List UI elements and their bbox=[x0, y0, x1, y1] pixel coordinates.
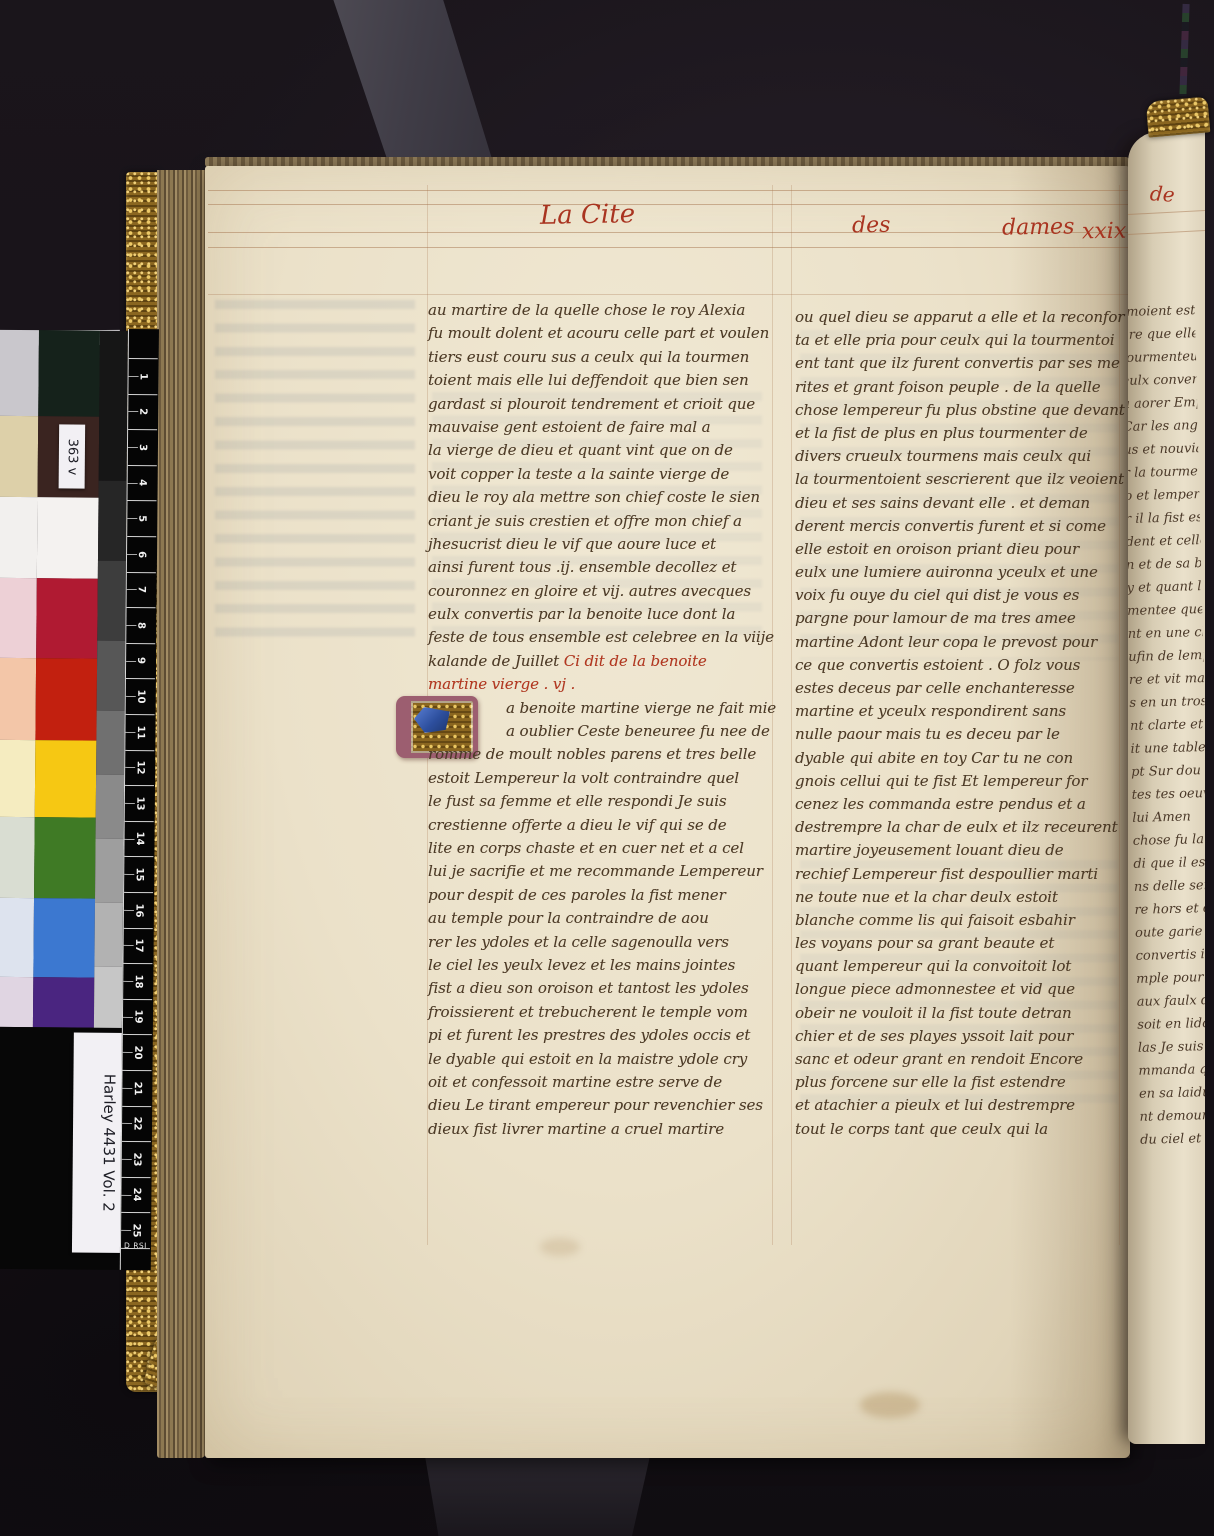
text-line: oute garie est bbox=[1133, 920, 1205, 945]
text-line: obeir ne vouloit il la fist toute detran bbox=[795, 1002, 1128, 1025]
text-run: pargne pour lamour de ma tres amee bbox=[795, 609, 1076, 627]
ruler-number-text: 7 bbox=[136, 586, 147, 593]
text-line: cenez les commanda estre pendus et a bbox=[795, 793, 1128, 816]
swatch-row bbox=[0, 817, 96, 899]
ruler-tick bbox=[122, 1106, 151, 1107]
ruler-number: 10 bbox=[126, 687, 155, 705]
text-run: dre que elle fu bbox=[1128, 326, 1196, 343]
facing-running-title-fragment: de bbox=[1149, 181, 1175, 207]
text-run: le fust sa femme et elle respondi Je sui… bbox=[428, 792, 727, 810]
text-run: eulx convertir bbox=[1128, 372, 1197, 389]
text-line: la tourmentoient sescrierent que ilz veo… bbox=[795, 468, 1128, 491]
ruler-number-text: 12 bbox=[134, 761, 145, 775]
facing-page-edge: de rmoient estoidre que elle futourmente… bbox=[1128, 132, 1205, 1444]
text-line: dieu et ses sains devant elle . et deman bbox=[795, 492, 1128, 515]
text-line: romme de moult nobles parens et tres bel… bbox=[428, 743, 780, 766]
text-line: le fust sa femme et elle respondi Je sui… bbox=[428, 790, 780, 813]
ruler-tick bbox=[124, 928, 153, 929]
ruler-number: 21 bbox=[122, 1079, 151, 1097]
text-run: chose lempereur fu plus obstine que deva… bbox=[795, 401, 1125, 419]
ruler-number: 5 bbox=[127, 509, 156, 527]
text-line: gnois cellui qui te fist Et lempereur fo… bbox=[795, 770, 1128, 793]
text-line: chose lempereur fu plus obstine que deva… bbox=[795, 399, 1128, 422]
calibration-target: 363 v Harley 4431 Vol. 2 D RSI 123456789… bbox=[0, 328, 158, 1270]
ruler-number: 14 bbox=[124, 830, 153, 848]
ruler-number-text: 22 bbox=[131, 1117, 142, 1131]
text-run: martire joyeusement louant dieu de bbox=[795, 841, 1063, 859]
text-line: mentee que v bbox=[1128, 598, 1202, 623]
text-line: nt demoure a bbox=[1137, 1104, 1205, 1129]
text-line: tes tes oeuvres bbox=[1129, 782, 1205, 807]
color-swatch bbox=[35, 658, 97, 741]
text-line: les voyans pour sa grant beaute et bbox=[795, 932, 1128, 955]
ruler-number-text: 11 bbox=[134, 725, 145, 739]
ruler-tick bbox=[122, 1141, 151, 1142]
text-line: le ciel les yeulx levez et les mains joi… bbox=[428, 954, 780, 977]
text-run: kalande de Juillet bbox=[428, 652, 564, 670]
text-line: ou quel dieu se apparut a elle et la rec… bbox=[795, 306, 1128, 329]
gray-step bbox=[96, 711, 125, 775]
text-line: mauvaise gent estoient de faire mal a bbox=[428, 416, 780, 439]
ruler-number: 18 bbox=[123, 972, 152, 990]
ruler-number-text: 13 bbox=[134, 796, 145, 810]
ruler-number-text: 24 bbox=[130, 1188, 141, 1202]
ruler-number: 23 bbox=[122, 1150, 151, 1168]
text-line: ent tant que ilz furent convertis par se… bbox=[795, 352, 1128, 375]
text-line: di que il est bbox=[1131, 851, 1205, 876]
text-line: n et de sa bouc bbox=[1128, 552, 1201, 577]
shelfmark-text: Harley 4431 Vol. 2 bbox=[99, 1074, 118, 1212]
ruler-number: 1 bbox=[129, 367, 158, 385]
ruler-number-text: 8 bbox=[135, 622, 146, 629]
text-run: et atachier a pieulx et lui destrempre bbox=[795, 1096, 1075, 1114]
text-line: re hors et cha bbox=[1132, 897, 1205, 922]
ruler-tick bbox=[123, 1034, 152, 1035]
text-line: couronnez en gloire et vij. autres avecq… bbox=[428, 580, 780, 603]
color-swatch bbox=[0, 817, 35, 898]
text-line: ufin de lemp bbox=[1128, 644, 1204, 669]
text-line: mple pour la bbox=[1134, 966, 1205, 991]
text-run: r la tourment bbox=[1128, 464, 1199, 481]
color-swatch bbox=[33, 977, 94, 1028]
text-line: pt Sur dou bbox=[1129, 759, 1205, 784]
ruling-line bbox=[1128, 210, 1205, 215]
ruler-number-text: 25 bbox=[130, 1223, 141, 1237]
text-run: ou quel dieu se apparut a elle et la rec… bbox=[795, 308, 1124, 326]
text-run: nt en une char bbox=[1128, 625, 1203, 642]
text-run: a benoite martine vierge ne fait mie bbox=[506, 699, 776, 717]
text-line: criant je suis crestien et offre mon chi… bbox=[428, 510, 780, 533]
text-line: nt en une char bbox=[1128, 621, 1203, 646]
ruler-number-text: 20 bbox=[132, 1045, 143, 1059]
gray-step bbox=[94, 967, 123, 1031]
text-line: rechief Lempereur fist despoullier marti bbox=[795, 863, 1128, 886]
ruler-tick bbox=[126, 678, 155, 679]
text-run: la vierge de dieu et quant vint que on d… bbox=[428, 441, 733, 459]
running-title-chapter-number: xxix bbox=[1082, 219, 1127, 245]
color-swatch bbox=[37, 497, 99, 579]
text-run: divers crueulx tourmens mais ceulx qui bbox=[795, 447, 1091, 465]
swatch-row bbox=[0, 330, 100, 417]
text-run: romme de moult nobles parens et tres bel… bbox=[428, 745, 756, 763]
text-line: destrempre la char de eulx et ilz receur… bbox=[795, 816, 1128, 839]
text-line: gardast si plouroit tendrement et crioit… bbox=[428, 393, 780, 416]
text-line: tout le corps tant que ceulx qui la bbox=[795, 1118, 1128, 1141]
ruler-number: 4 bbox=[128, 474, 157, 492]
text-line: s en un trosne bbox=[1128, 690, 1205, 715]
text-run: lui Amen bbox=[1132, 809, 1191, 825]
text-line: martine et yceulx respondirent sans bbox=[795, 700, 1128, 723]
text-line: elle estoit en oroison priant dieu pour bbox=[795, 538, 1128, 561]
color-swatch bbox=[0, 977, 33, 1027]
text-run: ce que convertis estoient . O folz vous bbox=[795, 656, 1080, 674]
text-run: estoit Lempereur la volt contraindre que… bbox=[428, 769, 739, 787]
text-line: voix fu ouye du ciel qui dist je vous es bbox=[795, 584, 1128, 607]
ruler-number: 16 bbox=[124, 901, 153, 919]
ruler-tick bbox=[128, 394, 157, 395]
ruler-number: 2 bbox=[128, 403, 157, 421]
text-run: chose fu la d bbox=[1133, 832, 1205, 849]
ruler-number: 6 bbox=[127, 545, 156, 563]
ruler-number-text: 15 bbox=[133, 867, 144, 881]
text-line: jhesucrist dieu le vif que aoure luce et bbox=[428, 533, 780, 556]
ruler-number-text: 14 bbox=[133, 832, 144, 846]
text-line: crestienne offerte a dieu le vif qui se … bbox=[428, 814, 780, 837]
text-run: nulle paour mais tu es deceu par le bbox=[795, 725, 1060, 743]
text-line: dieux fist livrer martine a cruel martir… bbox=[428, 1118, 780, 1141]
text-column-left: au martire de la quelle chose le roy Ale… bbox=[428, 299, 780, 1141]
text-line: martire joyeusement louant dieu de bbox=[795, 839, 1128, 862]
ruler-tick bbox=[126, 714, 155, 715]
swatch-row bbox=[0, 977, 94, 1028]
text-run: tes tes oeuvres bbox=[1132, 785, 1205, 802]
text-run: en sa laidure bbox=[1139, 1085, 1205, 1102]
text-run: longue piece admonnestee et vid que bbox=[795, 980, 1075, 998]
ruling-line bbox=[208, 232, 1128, 233]
text-run: le dyable qui estoit en la maistre ydole… bbox=[428, 1050, 747, 1068]
color-swatch bbox=[0, 658, 36, 740]
text-run: froissierent et trebucherent le temple v… bbox=[428, 1003, 748, 1021]
text-line: ta et elle pria pour ceulx qui la tourme… bbox=[795, 329, 1128, 352]
text-line: tourmenteurs bbox=[1128, 345, 1196, 370]
text-run: plus forcene sur elle la fist estendre bbox=[795, 1073, 1066, 1091]
text-run: lui je sacrifie et me recommande Lempere… bbox=[428, 862, 763, 880]
ruler-number-text: 9 bbox=[135, 657, 146, 664]
text-line: lite en corps chaste et en cuer net et a… bbox=[428, 837, 780, 860]
gray-step bbox=[94, 903, 123, 967]
text-run: Ci dit de la benoite bbox=[564, 652, 707, 670]
text-run: feste de tous ensemble est celebree en l… bbox=[428, 628, 774, 646]
ruler-tick bbox=[125, 750, 154, 751]
color-swatch bbox=[36, 578, 98, 659]
ruler-number: 20 bbox=[123, 1043, 152, 1061]
gray-step bbox=[99, 331, 128, 481]
text-line: rmoient estoi bbox=[1128, 299, 1195, 324]
text-line: a benoite martine vierge ne fait mie bbox=[428, 697, 780, 720]
text-run: re et vit ma bbox=[1129, 671, 1204, 688]
text-line: soit en lidole bbox=[1135, 1012, 1205, 1037]
text-run: rmoient estoi bbox=[1128, 303, 1195, 320]
color-swatch bbox=[33, 898, 95, 978]
text-run: dieu le roy ala mettre son chief coste l… bbox=[428, 488, 760, 506]
text-run: dieu Le tirant empereur pour revenchier … bbox=[428, 1096, 763, 1114]
text-run: aux faulx die bbox=[1137, 993, 1205, 1010]
text-run: it une table d bbox=[1130, 740, 1205, 757]
text-run: Car les ang bbox=[1128, 418, 1198, 435]
color-swatch bbox=[0, 898, 34, 977]
text-line: Car les ang bbox=[1128, 414, 1198, 439]
text-line: ainsi furent tous .ij. ensemble decollez… bbox=[428, 556, 780, 579]
text-line: nt clarte et a bbox=[1128, 713, 1205, 738]
ruler-number-text: 4 bbox=[137, 479, 148, 486]
text-run: criant je suis crestien et offre mon chi… bbox=[428, 512, 742, 530]
text-line: mmanda qu bbox=[1136, 1058, 1205, 1083]
text-line: tiers eust couru sus a ceulx qui la tour… bbox=[428, 346, 780, 369]
text-line: dieu le roy ala mettre son chief coste l… bbox=[428, 486, 780, 509]
text-run: derent mercis convertis furent et si com… bbox=[795, 517, 1106, 535]
ruler-number-text: 2 bbox=[137, 408, 148, 415]
text-run: oute garie est bbox=[1135, 924, 1205, 941]
text-run: martine vierge . vj . bbox=[428, 675, 575, 693]
text-line: froissierent et trebucherent le temple v… bbox=[428, 1001, 780, 1024]
ruler-number: 8 bbox=[126, 616, 155, 634]
text-run: convertis il bbox=[1135, 947, 1205, 964]
ruler-tick bbox=[121, 1212, 150, 1213]
text-run: mmanda qu bbox=[1138, 1062, 1205, 1079]
text-run: ent tant que ilz furent convertis par se… bbox=[795, 354, 1120, 372]
text-line: sanc et odeur grant en rendoit Encore bbox=[795, 1048, 1128, 1071]
text-run: elle estoit en oroison priant dieu pour bbox=[795, 540, 1079, 558]
text-run: oit et confessoit martine estre serve de bbox=[428, 1073, 722, 1091]
ruler-number-text: 18 bbox=[132, 974, 143, 988]
text-run: dyable qui abite en toy Car tu ne con bbox=[795, 749, 1073, 767]
ruler-number: 19 bbox=[123, 1008, 152, 1026]
text-line: longue piece admonnestee et vid que bbox=[795, 978, 1128, 1001]
text-line: convertis il bbox=[1133, 943, 1205, 968]
ruling-line-vertical bbox=[791, 185, 792, 1245]
text-run: cenez les commanda estre pendus et a bbox=[795, 795, 1086, 813]
color-swatch bbox=[38, 330, 100, 417]
text-line: dent et celle bbox=[1128, 529, 1201, 554]
ruler-tick bbox=[123, 1070, 152, 1071]
ruler-number: 9 bbox=[126, 652, 155, 670]
text-line: kalande de Juillet Ci dit de la benoite bbox=[428, 650, 780, 673]
ruler-tick bbox=[127, 536, 156, 537]
page-edge-stack bbox=[157, 170, 206, 1458]
ruler-number-text: 3 bbox=[137, 444, 148, 451]
text-line: en sa laidure bbox=[1137, 1081, 1205, 1106]
folio-number: 363 v bbox=[64, 438, 79, 475]
text-run: pi et furent les prestres des ydoles occ… bbox=[428, 1026, 750, 1044]
color-swatch bbox=[34, 817, 96, 899]
swatch-row bbox=[0, 658, 97, 741]
text-run: et la fist de plus en plus tourmenter de bbox=[795, 424, 1088, 442]
text-run: di que il est bbox=[1133, 855, 1205, 872]
text-line: us et nouviau bbox=[1128, 437, 1199, 462]
text-line: ne toute nue et la char deulx estoit bbox=[795, 886, 1128, 909]
ruler-tick bbox=[125, 821, 154, 822]
ruler-number: 11 bbox=[125, 723, 154, 741]
text-run: eulx une lumiere auironna yceulx et une bbox=[795, 563, 1098, 581]
text-line: r il la fist est bbox=[1128, 506, 1200, 531]
ruler-number: 7 bbox=[127, 581, 156, 599]
show-through-ghost bbox=[215, 300, 415, 650]
text-run: pour despit de ces paroles la fist mener bbox=[428, 886, 726, 904]
text-run: pt Sur dou bbox=[1131, 763, 1201, 780]
ruler-number-text: 5 bbox=[136, 515, 147, 522]
text-run: du ciel et tres bbox=[1140, 1131, 1205, 1148]
text-run: sanc et odeur grant en rendoit Encore bbox=[795, 1050, 1083, 1068]
text-run: ainsi furent tous .ij. ensemble decollez… bbox=[428, 558, 736, 576]
swatch-row bbox=[0, 898, 95, 978]
text-run: couronnez en gloire et vij. autres avecq… bbox=[428, 582, 751, 600]
ruler-number: 17 bbox=[124, 937, 153, 955]
text-line: nulle paour mais tu es deceu par le bbox=[795, 723, 1128, 746]
text-run: gnois cellui qui te fist Et lempereur fo… bbox=[795, 772, 1087, 790]
text-line: a oublier Ceste beneuree fu nee de bbox=[428, 720, 780, 743]
text-line: martine Adont leur copa le prevost pour bbox=[795, 631, 1128, 654]
text-line: y et quant le bbox=[1128, 575, 1202, 600]
ruler-number-text: 1 bbox=[138, 373, 149, 380]
running-title-des: des bbox=[852, 213, 891, 239]
facing-page-text: rmoient estoidre que elle futourmenteurs… bbox=[1128, 299, 1205, 1152]
parchment-stain bbox=[860, 1392, 920, 1418]
text-line: ce que convertis estoient . O folz vous bbox=[795, 654, 1128, 677]
text-run: mple pour la bbox=[1136, 970, 1205, 987]
text-run: mentee que v bbox=[1128, 602, 1202, 619]
text-line: ns delle sens bbox=[1132, 874, 1205, 899]
text-line: o et lempereu bbox=[1128, 483, 1200, 508]
ruler-tick bbox=[125, 785, 154, 786]
text-line: lui je sacrifie et me recommande Lempere… bbox=[428, 860, 780, 883]
text-run: gardast si plouroit tendrement et crioit… bbox=[428, 395, 755, 413]
ruler-number-text: 10 bbox=[135, 689, 146, 703]
ruler-tick bbox=[127, 572, 156, 573]
text-line: dyable qui abite en toy Car tu ne con bbox=[795, 747, 1128, 770]
text-line: oit et confessoit martine estre serve de bbox=[428, 1071, 780, 1094]
text-run: dieux fist livrer martine a cruel martir… bbox=[428, 1120, 724, 1138]
text-line: pargne pour lamour de ma tres amee bbox=[795, 607, 1128, 630]
text-run: a aorer Emp bbox=[1128, 395, 1197, 412]
text-run: fist a dieu son oroison et tantost les y… bbox=[428, 979, 749, 997]
text-line: rer les ydoles et la celle sagenoulla ve… bbox=[428, 931, 780, 954]
text-line: divers crueulx tourmens mais ceulx qui bbox=[795, 445, 1128, 468]
text-run: dieu et ses sains devant elle . et deman bbox=[795, 494, 1090, 512]
text-run: la tourmentoient sescrierent que ilz veo… bbox=[795, 470, 1124, 488]
text-line: le dyable qui estoit en la maistre ydole… bbox=[428, 1048, 780, 1071]
text-run: estes deceus par celle enchanteresse bbox=[795, 679, 1075, 697]
text-line: r la tourment bbox=[1128, 460, 1199, 485]
ruler-tick bbox=[124, 856, 153, 857]
color-swatch bbox=[0, 497, 38, 578]
text-run: s en un trosne bbox=[1129, 694, 1204, 711]
ruler-number-text: 6 bbox=[136, 551, 147, 558]
text-run: voit copper la teste a la sainte vierge … bbox=[428, 465, 729, 483]
swatch-row bbox=[0, 497, 99, 579]
ruler-number: 22 bbox=[122, 1115, 151, 1133]
text-line: feste de tous ensemble est celebree en l… bbox=[428, 626, 780, 649]
ruler-number: 15 bbox=[124, 865, 153, 883]
text-column-right: ou quel dieu se apparut a elle et la rec… bbox=[795, 306, 1128, 1141]
text-run: soit en lidole bbox=[1137, 1016, 1205, 1033]
text-run: r il la fist est bbox=[1128, 510, 1200, 527]
text-line: toient mais elle lui deffendoit que bien… bbox=[428, 369, 780, 392]
text-run: toient mais elle lui deffendoit que bien… bbox=[428, 371, 749, 389]
text-run: rechief Lempereur fist despoullier marti bbox=[795, 865, 1098, 883]
text-line: blanche comme lis qui faisoit esbahir bbox=[795, 909, 1128, 932]
text-run: destrempre la char de eulx et ilz receur… bbox=[795, 818, 1118, 836]
text-line: dieu Le tirant empereur pour revenchier … bbox=[428, 1094, 780, 1117]
text-run: les voyans pour sa grant beaute et bbox=[795, 934, 1054, 952]
text-line: et la fist de plus en plus tourmenter de bbox=[795, 422, 1128, 445]
text-run: martine et yceulx respondirent sans bbox=[795, 702, 1066, 720]
text-run: nt clarte et a bbox=[1130, 717, 1205, 734]
ruling-line bbox=[208, 190, 1128, 191]
text-run: dent et celle bbox=[1128, 533, 1201, 550]
text-run: n et de sa bouc bbox=[1128, 555, 1201, 572]
text-run: chier et de ses playes yssoit lait pour bbox=[795, 1027, 1073, 1045]
ruler-number-text: 19 bbox=[132, 1010, 143, 1024]
text-line: a aorer Emp bbox=[1128, 391, 1197, 416]
text-line: fist a dieu son oroison et tantost les y… bbox=[428, 977, 780, 1000]
folio-label: 363 v bbox=[59, 424, 86, 488]
ruler-tick bbox=[127, 607, 156, 608]
text-line: estoit Lempereur la volt contraindre que… bbox=[428, 767, 780, 790]
text-run: au temple pour la contraindre de aou bbox=[428, 909, 709, 927]
text-run: las Je suis co bbox=[1138, 1039, 1205, 1056]
text-run: rites et grant foison peuple . de la que… bbox=[795, 378, 1101, 396]
text-run: rer les ydoles et la celle sagenoulla ve… bbox=[428, 933, 729, 951]
color-swatch bbox=[0, 740, 35, 817]
text-line: plus forcene sur elle la fist estendre bbox=[795, 1071, 1128, 1094]
text-run: mauvaise gent estoient de faire mal a bbox=[428, 418, 710, 436]
text-line: estes deceus par celle enchanteresse bbox=[795, 677, 1128, 700]
running-title-dames: dames bbox=[1002, 214, 1075, 240]
ruler-tick bbox=[124, 892, 153, 893]
ruler-number-text: 21 bbox=[131, 1081, 142, 1095]
gray-step bbox=[97, 561, 126, 641]
text-run: ne toute nue et la char deulx estoit bbox=[795, 888, 1058, 906]
text-run: au martire de la quelle chose le roy Ale… bbox=[428, 301, 745, 319]
text-run: crestienne offerte a dieu le vif qui se … bbox=[428, 816, 727, 834]
gray-step bbox=[95, 839, 124, 903]
ruler-tick bbox=[123, 999, 152, 1000]
ruler-number: 25 bbox=[121, 1221, 150, 1239]
ruler-number-text: 23 bbox=[131, 1152, 142, 1166]
ruling-line bbox=[208, 204, 1128, 205]
text-run: eulx convertis par la benoite luce dont … bbox=[428, 605, 735, 623]
color-swatch bbox=[0, 330, 39, 416]
text-line: et atachier a pieulx et lui destrempre bbox=[795, 1094, 1128, 1117]
text-line: derent mercis convertis furent et si com… bbox=[795, 515, 1128, 538]
text-line: voit copper la teste a la sainte vierge … bbox=[428, 463, 780, 486]
text-run: us et nouviau bbox=[1128, 441, 1199, 458]
text-line: la vierge de dieu et quant vint que on d… bbox=[428, 439, 780, 462]
ruler-number-text: 16 bbox=[133, 903, 144, 917]
ruler-number: 24 bbox=[121, 1186, 150, 1204]
text-run: a oublier Ceste beneuree fu nee de bbox=[506, 722, 770, 740]
ruler-tick bbox=[122, 1177, 151, 1178]
ruler-number-text: 17 bbox=[133, 939, 144, 953]
gray-step bbox=[97, 641, 126, 711]
text-line: fu moult dolent et acouru celle part et … bbox=[428, 322, 780, 345]
text-run: quant lempereur qui la convoitoit lot bbox=[795, 957, 1071, 975]
text-line: pour despit de ces paroles la fist mener bbox=[428, 884, 780, 907]
color-swatch bbox=[35, 740, 97, 818]
ruler-number: 3 bbox=[128, 438, 157, 456]
text-line: lui Amen bbox=[1130, 805, 1205, 830]
ruling-line bbox=[1128, 230, 1205, 235]
